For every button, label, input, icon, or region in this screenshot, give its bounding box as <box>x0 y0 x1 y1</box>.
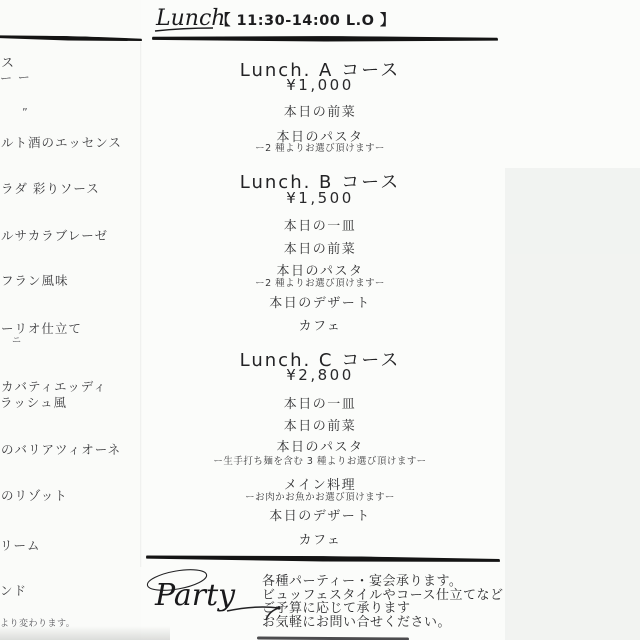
left-fragment: ニ <box>12 333 22 346</box>
course-a-price: ¥1,000 <box>155 76 485 94</box>
left-fragment: ラッシュ風 <box>0 393 67 411</box>
menu-photo: ス ー ー ” ルト酒のエッセンス ラダ 彩りソース ルサカラブレーゼ フラン風… <box>0 0 640 640</box>
left-fragment: ルト酒のエッセンス <box>1 133 122 151</box>
left-fragment: ルサカラブレーゼ <box>1 226 108 244</box>
course-b-item: 本日の一皿 <box>155 215 485 234</box>
left-fragment: のバリアツィオーネ <box>1 440 121 458</box>
course-c-note: ーお肉かお魚かお選び頂けますー <box>155 489 485 503</box>
left-fragment: ー ー <box>0 68 31 87</box>
left-fragment: フラン風味 <box>1 271 69 289</box>
left-fragment: ンド <box>0 581 27 599</box>
course-a-note: ー2 種よりお選び頂けますー <box>155 140 485 154</box>
course-b-price: ¥1,500 <box>155 189 485 207</box>
party-script-text: Party <box>154 578 236 613</box>
course-a-item: 本日の前菜 <box>155 101 485 120</box>
party-text-line: お気軽にお問い合せください。 <box>262 611 451 630</box>
left-fragment: リーム <box>0 536 41 554</box>
left-page-footnote: より変わります。 <box>0 616 75 629</box>
course-c-price: ¥2,800 <box>155 366 485 384</box>
lunch-script-text: Lunch <box>155 6 225 31</box>
course-b-item: カフェ <box>155 315 485 334</box>
left-fragment: のリゾット <box>1 486 68 504</box>
course-c-item: 本日の前菜 <box>155 415 485 434</box>
right-paper-shade <box>505 168 640 640</box>
course-c-item: 本日のデザート <box>155 505 485 524</box>
course-b-item: 本日の前菜 <box>155 238 485 257</box>
course-c-item: カフェ <box>155 529 485 548</box>
left-fragment: ラダ 彩りソース <box>1 179 100 197</box>
course-c-note: ー生手打ち麺を含む 3 種よりお選び頂けますー <box>155 453 485 467</box>
lunch-hours: 【 11:30-14:00 L.O 】 <box>216 9 395 30</box>
course-b-note: ー2 種よりお選び頂けますー <box>155 275 485 289</box>
left-fragment: ” <box>22 106 29 119</box>
bottom-edge-rule-fragment <box>257 636 409 640</box>
page-edge-shadow <box>140 42 142 567</box>
course-c-item: 本日の一皿 <box>155 393 485 412</box>
course-b-item: 本日のデザート <box>155 292 485 311</box>
lunch-script: Lunch <box>153 0 223 38</box>
